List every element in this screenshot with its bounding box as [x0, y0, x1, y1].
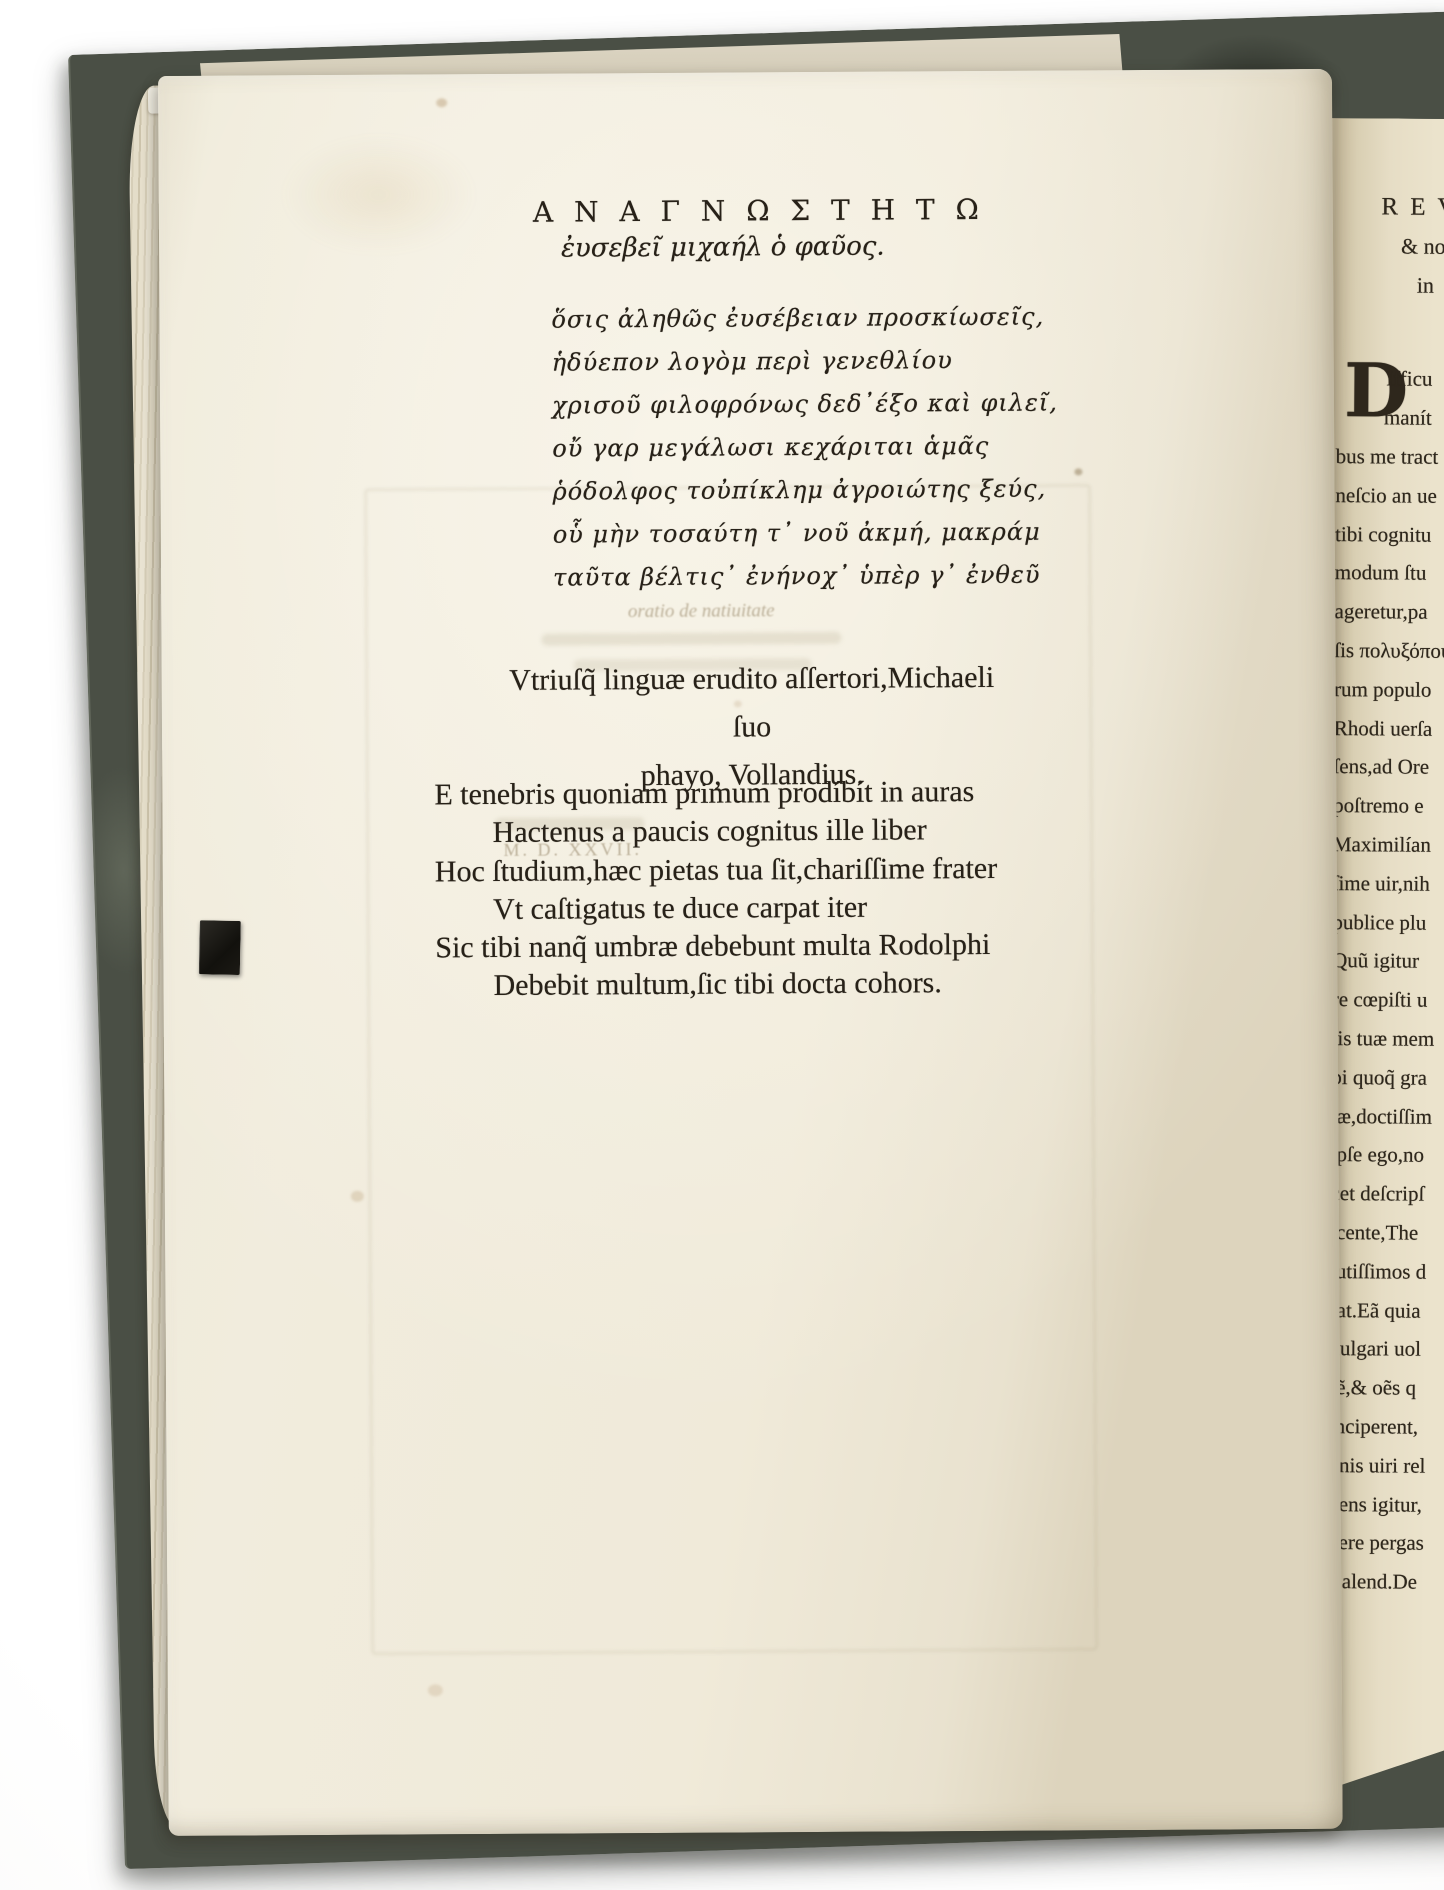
right-page-line: bens igitur,: [1328, 1485, 1444, 1526]
right-page-line: ageretur,pa: [1334, 592, 1444, 633]
right-page-line: neſcio an ue: [1335, 476, 1444, 517]
latin-poem: E tenebris quoniam primum prodíbít in au…: [434, 773, 998, 1006]
right-page-line: tibi cognitu: [1335, 515, 1444, 556]
left-page: oratio de natiuitate M. D. XXVII. Α Ν Α …: [158, 69, 1343, 1836]
right-page-line: in: [1337, 266, 1444, 307]
right-page-text-column: R E V& noinIfficumanítbus me tractneſcio…: [1328, 188, 1444, 1603]
latin-verse-line: E tenebris quoniam primum prodíbít in au…: [434, 773, 997, 815]
latin-verse-line: Hoc ſtudium,hæc pietas tua ſit,chariſſim…: [435, 849, 998, 891]
greek-verse-line: οὗ μὴν τοσαύτη τ᾽ νοῦ ἀκμή, μακράμ: [553, 511, 1059, 557]
right-page-line: ſens,ad Ore: [1333, 747, 1444, 788]
right-page-line: re cœpiſti u: [1332, 980, 1444, 1021]
showthrough-title: oratio de natiuitate: [491, 599, 911, 624]
right-page-line: publice plu: [1332, 903, 1444, 944]
greek-subheading: ἐυσεβεῖ μιχαήλ ὁ φαῦος.: [561, 232, 885, 264]
foxing-spot: [351, 1191, 364, 1202]
right-page-line: rẽ,& oẽs q: [1329, 1368, 1444, 1409]
right-page-line: bi quoq̃ gra: [1331, 1058, 1444, 1099]
right-page-line: Rhodi uerſa: [1334, 709, 1444, 750]
foxing-spot: [1074, 468, 1082, 475]
right-page-line: cet deſcripſ: [1330, 1174, 1444, 1215]
foxing-spot: [428, 1684, 443, 1696]
right-page-line: ipſe ego,no: [1331, 1135, 1444, 1176]
right-page-line: R E V: [1337, 188, 1444, 229]
greek-epigram: ὅσις ἀληθῶς ἐυσέβειαν προσκίωσεῖς,ἡδύεπο…: [551, 296, 1059, 600]
greek-verse-line: χρισοῦ φιλοφρόνως δεδ᾽έξο καὶ φιλεῖ,: [552, 382, 1058, 428]
greek-verse-line: ὅσις ἀληθῶς ἐυσέβειαν προσκίωσεῖς,: [551, 296, 1057, 342]
foxing-spot: [436, 98, 447, 107]
right-page-line: tis tuæ mem: [1331, 1019, 1444, 1060]
right-page-line: Calend.De: [1328, 1562, 1444, 1603]
right-page-line: bus me tract: [1336, 437, 1444, 478]
right-page-line: Maximilían: [1333, 825, 1444, 866]
latin-verse-line: Vt caſtigatus te duce carpat iter: [435, 888, 998, 930]
greek-verse-line: ἡδύεπον λογὸμ περὶ γενεθλίου: [552, 339, 1058, 385]
latin-verse-line: Sic tibi nanq̃ umbræ debebunt multa Rodo…: [435, 926, 998, 968]
right-page-line: modum ſtu: [1335, 553, 1444, 594]
greek-verse-line: οὔ γαρ μεγάλωσι κεχάριται ἁμᾶς: [552, 425, 1058, 471]
right-page-line: læ,doctiſſim: [1331, 1097, 1444, 1138]
right-page-line: rum populo: [1334, 670, 1444, 711]
right-page-line: & no: [1337, 227, 1444, 268]
black-page-tab: [199, 920, 241, 975]
right-page-line: uere pergas: [1328, 1523, 1444, 1564]
right-page-line: rat.Eã quia: [1330, 1291, 1444, 1332]
right-page-line: inciperent,: [1329, 1407, 1444, 1448]
greek-verse-line: ῥόδολφος τοὐπίκλημ ἀγροιώτης ξεύς,: [552, 468, 1058, 514]
right-page-line: ſis πολυξόπου: [1334, 631, 1444, 672]
right-page-line: Ifficu: [1336, 359, 1444, 400]
greek-verse-line: ταῦτα βέλτις᾽ ἐνήνοχ᾽ ὑπὲρ γ᾽ ἐνθεῦ: [553, 554, 1059, 600]
greek-heading: Α Ν Α Γ Ν Ω Σ Τ Η Τ Ω: [529, 193, 989, 229]
showthrough-text-smudge: [541, 632, 841, 646]
paper-stain: [248, 114, 509, 276]
right-page-line: ſime uir,nih: [1333, 864, 1444, 905]
right-page-line: uulgari uol: [1329, 1329, 1444, 1370]
right-page-line: poſtremo e: [1333, 786, 1444, 827]
right-page-line: Quũ igitur: [1332, 941, 1444, 982]
latin-verse-line: Debebit multum,ſic tibi docta cohors.: [435, 964, 998, 1006]
latin-verse-line: Hactenus a paucis cognitus ille liber: [435, 811, 998, 853]
dedication-line: Vtriuſq̃ linguæ erudito aſſertori,Michae…: [492, 654, 1013, 753]
right-page-line: gnis uiri rel: [1328, 1446, 1444, 1487]
open-book-photo: D R E V& noinIfficumanítbus me tractneſc…: [0, 0, 1444, 1890]
right-page-line: lutiſſimos d: [1330, 1252, 1444, 1293]
right-page-line: ſcente,The: [1330, 1213, 1444, 1254]
right-page-line: manít: [1336, 398, 1444, 439]
